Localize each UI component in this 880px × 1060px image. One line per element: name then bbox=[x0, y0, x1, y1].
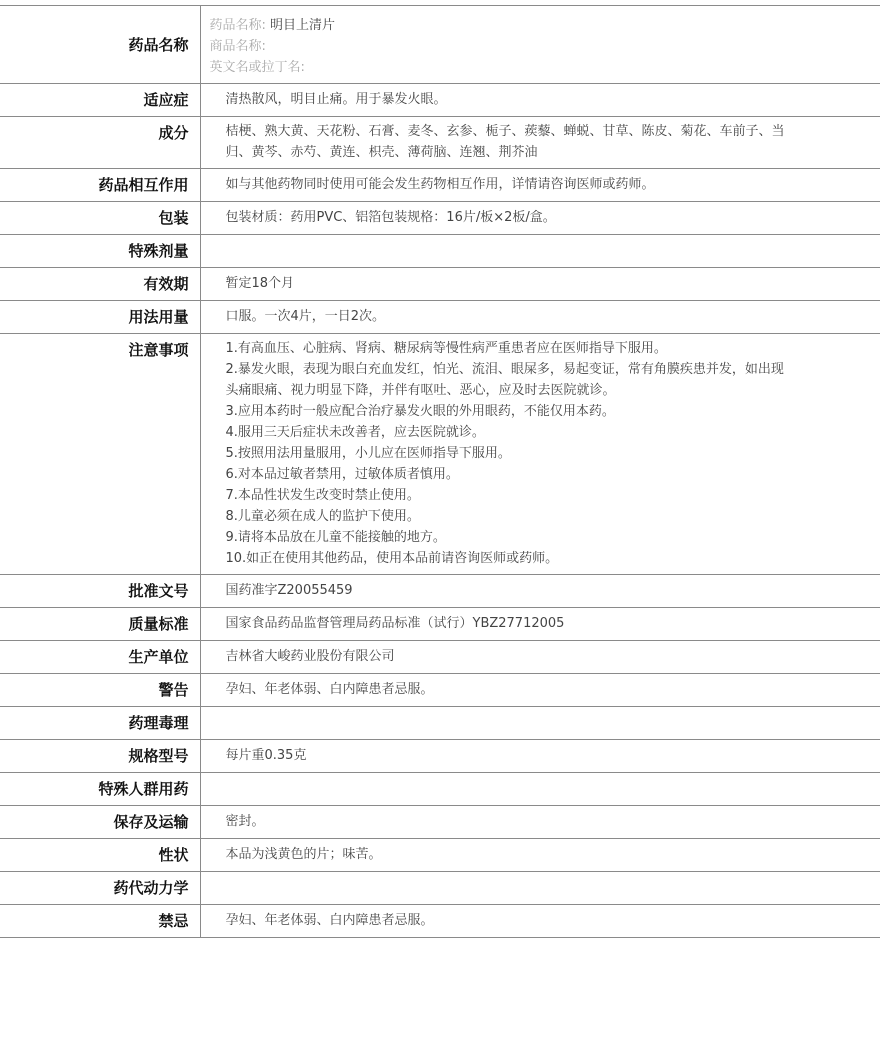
row-drug-name: 药品名称 药品名称: 明目上清片 商品名称: 英文名或拉丁名: bbox=[0, 6, 880, 84]
row-label: 特殊剂量 bbox=[0, 235, 200, 268]
row-quality-standard: 质量标准 国家食品药品监督管理局药品标准（试行）YBZ27712005 bbox=[0, 608, 880, 641]
row-value: 国药准字Z20055459 bbox=[200, 575, 880, 608]
generic-name-label: 药品名称: bbox=[210, 18, 266, 33]
row-label: 药品相互作用 bbox=[0, 169, 200, 202]
row-value: 孕妇、年老体弱、白内障患者忌服。 bbox=[200, 674, 880, 707]
row-precautions: 注意事项 1.有高血压、心脏病、肾病、糖尿病等慢性病严重患者应在医师指导下服用。… bbox=[0, 334, 880, 575]
row-label: 禁忌 bbox=[0, 905, 200, 938]
trade-name-line: 商品名称: bbox=[210, 36, 791, 57]
drug-name-values: 药品名称: 明目上清片 商品名称: 英文名或拉丁名: bbox=[200, 6, 880, 84]
generic-name-value: 明目上清片 bbox=[270, 18, 335, 33]
row-label: 药代动力学 bbox=[0, 872, 200, 905]
row-label: 规格型号 bbox=[0, 740, 200, 773]
row-value bbox=[200, 235, 880, 268]
row-label: 注意事项 bbox=[0, 334, 200, 575]
row-value: 孕妇、年老体弱、白内障患者忌服。 bbox=[200, 905, 880, 938]
row-label: 批准文号 bbox=[0, 575, 200, 608]
row-label: 警告 bbox=[0, 674, 200, 707]
row-pharmacokinetics: 药代动力学 bbox=[0, 872, 880, 905]
row-specification: 规格型号 每片重0.35克 bbox=[0, 740, 880, 773]
row-special-populations: 特殊人群用药 bbox=[0, 773, 880, 806]
row-ingredients: 成分 桔梗、熟大黄、天花粉、石膏、麦冬、玄参、栀子、蒺藜、蝉蜕、甘草、陈皮、菊花… bbox=[0, 117, 880, 169]
row-shelf-life: 有效期 暂定18个月 bbox=[0, 268, 880, 301]
precaution-item: 2.暴发火眼，表现为眼白充血发红，怕光、流泪、眼屎多，易起变证，常有角膜疾患并发… bbox=[226, 359, 791, 401]
row-value: 桔梗、熟大黄、天花粉、石膏、麦冬、玄参、栀子、蒺藜、蝉蜕、甘草、陈皮、菊花、车前… bbox=[200, 117, 880, 169]
row-label: 用法用量 bbox=[0, 301, 200, 334]
precaution-item: 3.应用本药时一般应配合治疗暴发火眼的外用眼药，不能仅用本药。 bbox=[226, 401, 791, 422]
row-value bbox=[200, 707, 880, 740]
english-latin-name-label: 英文名或拉丁名: bbox=[210, 60, 305, 75]
row-special-dosage: 特殊剂量 bbox=[0, 235, 880, 268]
row-value: 口服。一次4片，一日2次。 bbox=[200, 301, 880, 334]
row-interactions: 药品相互作用 如与其他药物同时使用可能会发生药物相互作用，详情请咨询医师或药师。 bbox=[0, 169, 880, 202]
row-pharmacology-toxicology: 药理毒理 bbox=[0, 707, 880, 740]
row-dosage: 用法用量 口服。一次4片，一日2次。 bbox=[0, 301, 880, 334]
english-latin-name-line: 英文名或拉丁名: bbox=[210, 57, 791, 78]
precaution-item: 4.服用三天后症状未改善者，应去医院就诊。 bbox=[226, 422, 791, 443]
row-label: 特殊人群用药 bbox=[0, 773, 200, 806]
row-value: 暂定18个月 bbox=[200, 268, 880, 301]
row-label: 适应症 bbox=[0, 84, 200, 117]
row-label: 包装 bbox=[0, 202, 200, 235]
row-packaging: 包装 包装材质：药用PVC、铝箔包装规格：16片/板×2板/盒。 bbox=[0, 202, 880, 235]
drug-spec-table: 药品名称 药品名称: 明目上清片 商品名称: 英文名或拉丁名: 适应症 清热散风… bbox=[0, 5, 880, 938]
row-description: 性状 本品为浅黄色的片；味苦。 bbox=[0, 839, 880, 872]
row-label: 药理毒理 bbox=[0, 707, 200, 740]
row-approval-number: 批准文号 国药准字Z20055459 bbox=[0, 575, 880, 608]
generic-name-line: 药品名称: 明目上清片 bbox=[210, 15, 791, 36]
precautions-list: 1.有高血压、心脏病、肾病、糖尿病等慢性病严重患者应在医师指导下服用。 2.暴发… bbox=[200, 334, 880, 575]
row-indications: 适应症 清热散风，明目止痛。用于暴发火眼。 bbox=[0, 84, 880, 117]
precaution-item: 6.对本品过敏者禁用，过敏体质者慎用。 bbox=[226, 464, 791, 485]
row-storage-transport: 保存及运输 密封。 bbox=[0, 806, 880, 839]
row-label: 保存及运输 bbox=[0, 806, 200, 839]
row-value: 包装材质：药用PVC、铝箔包装规格：16片/板×2板/盒。 bbox=[200, 202, 880, 235]
precaution-item: 9.请将本品放在儿童不能接触的地方。 bbox=[226, 527, 791, 548]
row-value: 如与其他药物同时使用可能会发生药物相互作用，详情请咨询医师或药师。 bbox=[200, 169, 880, 202]
trade-name-label: 商品名称: bbox=[210, 39, 266, 54]
row-label: 性状 bbox=[0, 839, 200, 872]
row-value: 吉林省大峻药业股份有限公司 bbox=[200, 641, 880, 674]
row-value: 密封。 bbox=[200, 806, 880, 839]
row-label: 有效期 bbox=[0, 268, 200, 301]
row-label: 质量标准 bbox=[0, 608, 200, 641]
precaution-item: 10.如正在使用其他药品，使用本品前请咨询医师或药师。 bbox=[226, 548, 791, 569]
row-label: 生产单位 bbox=[0, 641, 200, 674]
row-value bbox=[200, 773, 880, 806]
row-value: 每片重0.35克 bbox=[200, 740, 880, 773]
row-label: 药品名称 bbox=[0, 6, 200, 84]
precaution-item: 7.本品性状发生改变时禁止使用。 bbox=[226, 485, 791, 506]
precaution-item: 1.有高血压、心脏病、肾病、糖尿病等慢性病严重患者应在医师指导下服用。 bbox=[226, 338, 791, 359]
row-value: 国家食品药品监督管理局药品标准（试行）YBZ27712005 bbox=[200, 608, 880, 641]
row-manufacturer: 生产单位 吉林省大峻药业股份有限公司 bbox=[0, 641, 880, 674]
precaution-item: 8.儿童必须在成人的监护下使用。 bbox=[226, 506, 791, 527]
row-value: 本品为浅黄色的片；味苦。 bbox=[200, 839, 880, 872]
precaution-item: 5.按照用法用量服用，小儿应在医师指导下服用。 bbox=[226, 443, 791, 464]
row-value: 清热散风，明目止痛。用于暴发火眼。 bbox=[200, 84, 880, 117]
row-label: 成分 bbox=[0, 117, 200, 169]
row-contraindications: 禁忌 孕妇、年老体弱、白内障患者忌服。 bbox=[0, 905, 880, 938]
row-warning: 警告 孕妇、年老体弱、白内障患者忌服。 bbox=[0, 674, 880, 707]
row-value bbox=[200, 872, 880, 905]
